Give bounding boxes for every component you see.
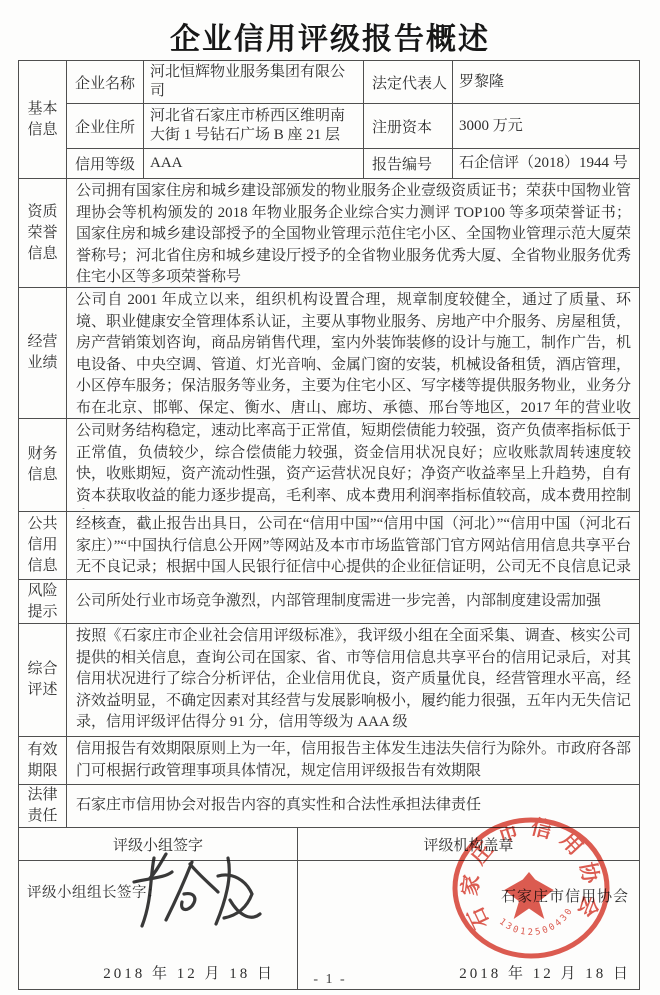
section-text: 公司财务结构稳定，速动比率高于正常值，短期偿债能力较强，资产负债率指标低于正常值… bbox=[76, 421, 631, 509]
section-validity-row: 有效期限 信用报告有效期限原则上为一年，信用报告主体发生违法失信行为除外。市政府… bbox=[19, 737, 640, 785]
section-label: 资质荣誉信息 bbox=[26, 202, 60, 265]
section-text: 公司所处行业市场竞争激烈，内部管理制度需进一步完善，内部制度建设需加强 bbox=[76, 591, 631, 613]
section-risk-row: 风险提示 公司所处行业市场竞争激烈，内部管理制度需进一步完善，内部制度建设需加强 bbox=[19, 580, 640, 624]
legal-rep-label: 法定代表人 bbox=[364, 61, 453, 104]
section-text-cell: 公司财务结构稳定，速动比率高于正常值，短期偿债能力较强，资产负债率指标低于正常值… bbox=[67, 419, 640, 512]
section-honors-row: 资质荣誉信息 公司拥有国家住房和城乡建设部颁发的物业服务企业壹级资质证书；荣获中… bbox=[19, 179, 640, 288]
credit-rating-label: 信用等级 bbox=[67, 149, 144, 179]
section-label: 综合评述 bbox=[26, 659, 60, 701]
section-label: 法律责任 bbox=[26, 785, 60, 827]
credit-report-page: 企业信用评级报告概述 基本信息 企业名称 河北恒辉物业服务集团有限公司 法定代表… bbox=[0, 0, 660, 995]
section-text: 按照《石家庄市企业社会信用评级标准》，我评级小组在全面采集、调查、核实公司提供的… bbox=[76, 626, 631, 734]
section-text: 公司拥有国家住房和城乡建设部颁发的物业服务企业壹级资质证书；荣获中国物业管理协会… bbox=[76, 181, 631, 285]
address-label: 企业住所 bbox=[67, 104, 144, 149]
table-row: 信用等级 AAA 报告编号 石企信评（2018）1944 号 bbox=[19, 149, 640, 179]
star-icon bbox=[504, 872, 553, 919]
section-label: 有效期限 bbox=[26, 740, 60, 782]
section-label: 财务信息 bbox=[26, 444, 60, 486]
report-no-label: 报告编号 bbox=[364, 149, 453, 179]
reg-capital-value: 3000 万元 bbox=[453, 104, 640, 149]
section-text-cell: 按照《石家庄市企业社会信用评级标准》，我评级小组在全面采集、调查、核实公司提供的… bbox=[67, 624, 640, 737]
section-text-cell: 经核查，截止报告出具日，公司在“信用中国”“信用中国（河北）”“信用中国（河北石… bbox=[67, 512, 640, 580]
seal-ring-text: 石家庄市信用协会 bbox=[458, 815, 605, 933]
legal-rep-value: 罗黎隆 bbox=[453, 61, 640, 104]
section-label-cell: 法律责任 bbox=[19, 785, 67, 828]
section-label: 公共信用信息 bbox=[26, 514, 60, 577]
section-financial-row: 财务信息 公司财务结构稳定，速动比率高于正常值，短期偿债能力较强，资产负债率指标… bbox=[19, 419, 640, 512]
company-name-value: 河北恒辉物业服务集团有限公司 bbox=[144, 61, 364, 104]
credit-rating-value: AAA bbox=[144, 149, 364, 179]
seal-ring-text-holder: 石家庄市信用协会 bbox=[458, 815, 605, 933]
section-performance-row: 经营业绩 公司自 2001 年成立以来，组织机构设置合理，规章制度较健全，通过了… bbox=[19, 288, 640, 419]
section-label-cell: 公共信用信息 bbox=[19, 512, 67, 580]
company-name-label: 企业名称 bbox=[67, 61, 144, 104]
report-no-value: 石企信评（2018）1944 号 bbox=[453, 149, 640, 179]
table-row: 基本信息 企业名称 河北恒辉物业服务集团有限公司 法定代表人 罗黎隆 bbox=[19, 61, 640, 104]
reg-capital-label: 注册资本 bbox=[364, 104, 453, 149]
section-public-credit-row: 公共信用信息 经核查，截止报告出具日，公司在“信用中国”“信用中国（河北）”“信… bbox=[19, 512, 640, 580]
section-text-cell: 信用报告有效期限原则上为一年，信用报告主体发生违法失信行为除外。市政府各部门可根… bbox=[67, 737, 640, 785]
main-table: 基本信息 企业名称 河北恒辉物业服务集团有限公司 法定代表人 罗黎隆 企业住所 … bbox=[18, 60, 640, 828]
basic-section-label-cell: 基本信息 bbox=[19, 61, 67, 179]
section-label-cell: 风险提示 bbox=[19, 580, 67, 624]
section-text-cell: 公司所处行业市场竞争激烈，内部管理制度需进一步完善，内部制度建设需加强 bbox=[67, 580, 640, 624]
page-title: 企业信用评级报告概述 bbox=[0, 0, 660, 60]
section-label-cell: 有效期限 bbox=[19, 737, 67, 785]
table-row: 企业住所 河北省石家庄市桥西区维明南大街 1 号钻石广场 B 座 21 层 注册… bbox=[19, 104, 640, 149]
section-text-cell: 公司拥有国家住房和城乡建设部颁发的物业服务企业壹级资质证书；荣获中国物业管理协会… bbox=[67, 179, 640, 288]
section-label-cell: 财务信息 bbox=[19, 419, 67, 512]
section-label: 经营业绩 bbox=[26, 332, 60, 374]
section-label: 风险提示 bbox=[26, 581, 60, 623]
basic-section-label: 基本信息 bbox=[26, 99, 60, 141]
official-seal: 石家庄市信用协会 13012500430 bbox=[449, 812, 613, 962]
section-text: 经核查，截止报告出具日，公司在“信用中国”“信用中国（河北）”“信用中国（河北石… bbox=[76, 514, 631, 577]
section-text-cell: 公司自 2001 年成立以来，组织机构设置合理，规章制度较健全，通过了质量、环境… bbox=[67, 288, 640, 419]
section-text: 公司自 2001 年成立以来，组织机构设置合理，规章制度较健全，通过了质量、环境… bbox=[76, 290, 631, 416]
section-label-cell: 资质荣誉信息 bbox=[19, 179, 67, 288]
page-number: - 1 - bbox=[0, 972, 660, 988]
section-text: 信用报告有效期限原则上为一年，信用报告主体发生违法失信行为除外。市政府各部门可根… bbox=[76, 739, 631, 782]
section-review-row: 综合评述 按照《石家庄市企业社会信用评级标准》，我评级小组在全面采集、调查、核实… bbox=[19, 624, 640, 737]
handwritten-signature bbox=[126, 848, 266, 936]
section-label-cell: 综合评述 bbox=[19, 624, 67, 737]
address-value: 河北省石家庄市桥西区维明南大街 1 号钻石广场 B 座 21 层 bbox=[144, 104, 364, 149]
section-label-cell: 经营业绩 bbox=[19, 288, 67, 419]
